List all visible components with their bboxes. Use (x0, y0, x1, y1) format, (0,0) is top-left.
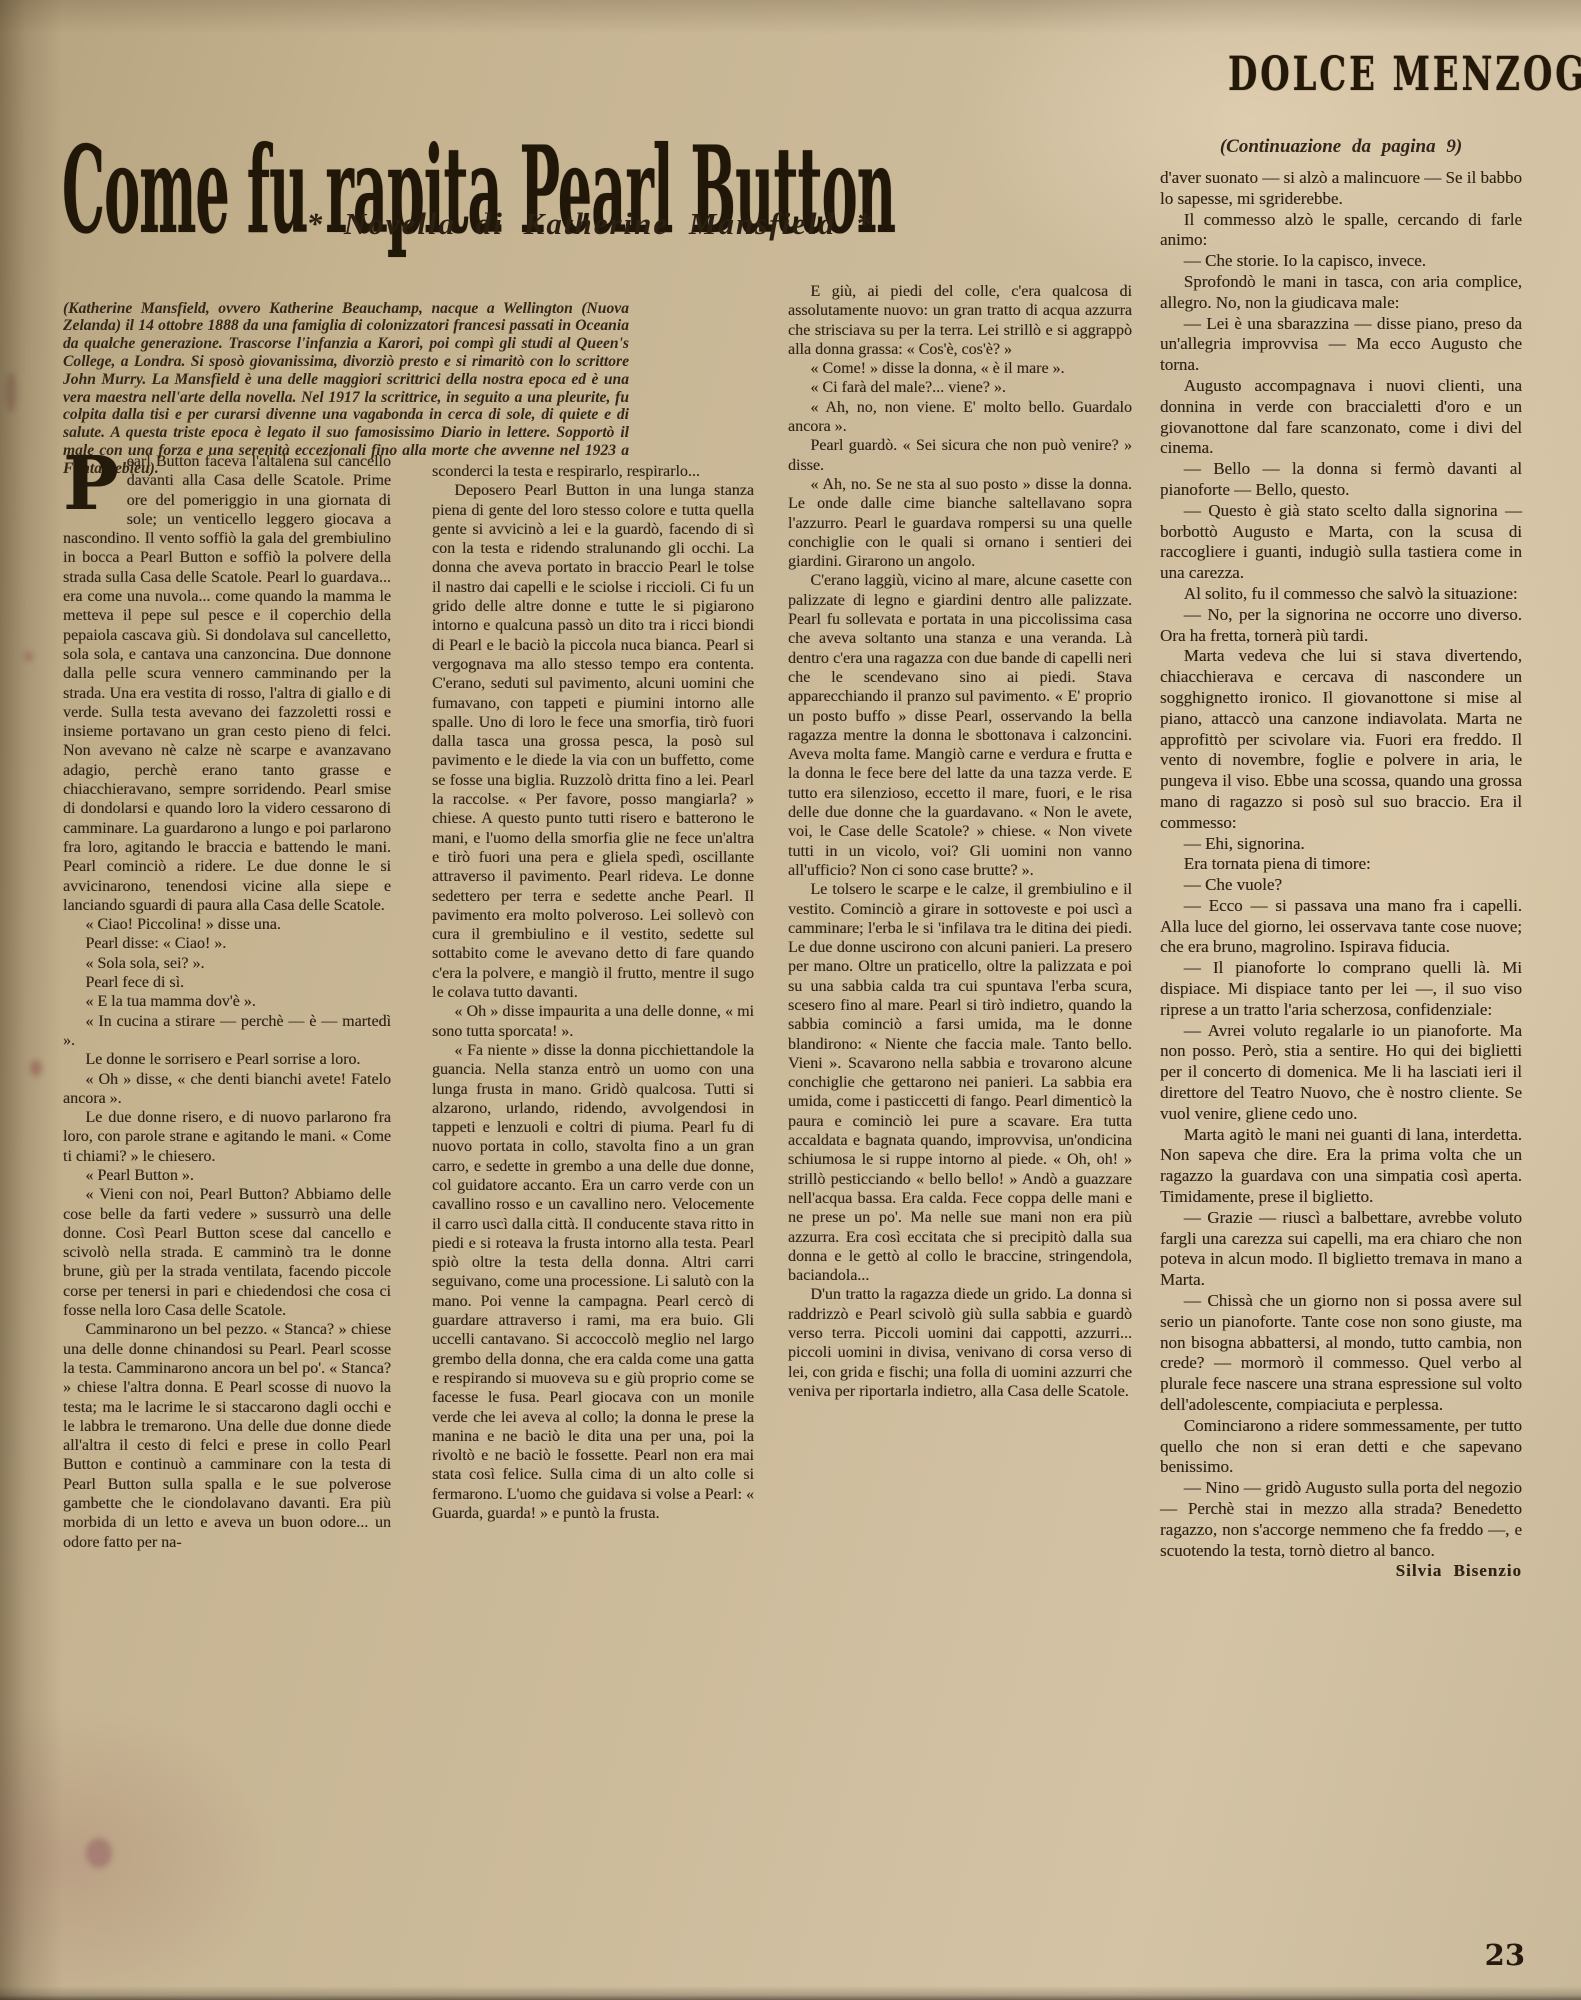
paragraph: Marta agitò le mani nei guanti di lana, … (1160, 1125, 1522, 1208)
paragraph: — Nino — gridò Augusto sulla porta del n… (1160, 1478, 1522, 1561)
sidebar-column: d'aver suonato — si alzò a malincuore — … (1160, 168, 1522, 1582)
first-paragraph: Pearl Button faceva l'altalena sul cance… (63, 452, 391, 915)
author-intro-note: (Katherine Mansfield, ovvero Katherine B… (63, 300, 629, 478)
story-column-2: sconderci la testa e respirarlo, respira… (432, 462, 754, 1523)
paragraph: sconderci la testa e respirarlo, respira… (432, 462, 754, 481)
paragraph: Deposero Pearl Button in una lunga stanz… (432, 481, 754, 1002)
paragraph: — Ecco — si passava una mano fra i capel… (1160, 896, 1522, 958)
paragraph: Al solito, fu il commesso che salvò la s… (1160, 584, 1522, 605)
paragraph: Pearl disse: « Ciao! ». (63, 934, 391, 953)
story-subtitle: * Novella di Katherine Mansfield * (200, 206, 980, 242)
paragraph: Pearl fece di sì. (63, 973, 391, 992)
sidebar-title: DOLCE MENZOGNA (1228, 50, 1581, 100)
paragraph: « In cucina a stirare — perchè — è — mar… (63, 1012, 391, 1051)
paragraph-list: « Ciao! Piccolina! » disse una.Pearl dis… (63, 915, 391, 1552)
paragraph-list: E giù, ai piedi del colle, c'era qualcos… (788, 282, 1132, 1401)
paragraph: « Ah, no, non viene. E' molto bello. Gua… (788, 398, 1132, 437)
paragraph: « Oh » disse impaurita a una delle donne… (432, 1002, 754, 1041)
paragraph: « Oh » disse, « che denti bianchi avete!… (63, 1070, 391, 1109)
paragraph-list: d'aver suonato — si alzò a malincuore — … (1160, 168, 1522, 1561)
author-signature: Silvia Bisenzio (1160, 1561, 1522, 1582)
paragraph: Le tolsero le scarpe e le calze, il grem… (788, 880, 1132, 1285)
paragraph: Pearl guardò. « Sei sicura che non può v… (788, 436, 1132, 475)
paragraph: « E la tua mamma dov'è ». (63, 992, 391, 1011)
paragraph: Le donne le sorrisero e Pearl sorrise a … (63, 1050, 391, 1069)
magazine-page: Come fu rapita Pearl Button * Novella di… (0, 0, 1581, 2000)
paragraph: — Avrei voluto regalarle io un pianofort… (1160, 1021, 1522, 1125)
paragraph: « Pearl Button ». (63, 1166, 391, 1185)
paragraph: Sprofondò le mani in tasca, con aria com… (1160, 272, 1522, 314)
paragraph: — Che storie. Io la capisco, invece. (1160, 251, 1522, 272)
paragraph: Cominciarono a ridere sommessamente, per… (1160, 1416, 1522, 1478)
paragraph: Il commesso alzò le spalle, cercando di … (1160, 210, 1522, 252)
paragraph: « Come! » disse la donna, « è il mare ». (788, 359, 1132, 378)
story-column-1: Pearl Button faceva l'altalena sul cance… (63, 452, 391, 1552)
story-column-3: E giù, ai piedi del colle, c'era qualcos… (788, 282, 1132, 1401)
paragraph: — No, per la signorina ne occorre uno di… (1160, 605, 1522, 647)
paragraph: — Grazie — riuscì a balbettare, avrebbe … (1160, 1208, 1522, 1291)
ink-stain (30, 1060, 42, 1076)
drop-cap: P (63, 452, 127, 512)
paragraph: « Fa niente » disse la donna picchiettan… (432, 1041, 754, 1523)
paragraph: Marta vedeva che lui si stava divertendo… (1160, 646, 1522, 833)
page-number: 23 (1485, 1938, 1525, 1972)
paragraph: — Questo è già stato scelto dalla signor… (1160, 501, 1522, 584)
paragraph: Era tornata piena di timore: (1160, 854, 1522, 875)
paragraph: Le due donne risero, e di nuovo parlaron… (63, 1108, 391, 1166)
paragraph: — Bello — la donna si fermò davanti al p… (1160, 459, 1522, 501)
paragraph: Camminarono un bel pezzo. « Stanca? » ch… (63, 1320, 391, 1552)
ink-stain (86, 1838, 112, 1868)
sidebar-header: DOLCE MENZOGNA (1146, 50, 1536, 100)
paragraph: « Ciao! Piccolina! » disse una. (63, 915, 391, 934)
paragraph: « Ci farà del male?... viene? ». (788, 378, 1132, 397)
paragraph: — Ehi, signorina. (1160, 834, 1522, 855)
paragraph: « Vieni con noi, Pearl Button? Abbiamo d… (63, 1185, 391, 1320)
continuation-note: (Continuazione da pagina 9) (1160, 136, 1522, 158)
paragraph: « Ah, no. Se ne sta al suo posto » disse… (788, 475, 1132, 571)
paragraph: — Lei è una sbarazzina — disse piano, pr… (1160, 314, 1522, 376)
paragraph: Augusto accompagnava i nuovi clienti, un… (1160, 376, 1522, 459)
ink-stain (6, 372, 16, 412)
paragraph: D'un tratto la ragazza diede un grido. L… (788, 1285, 1132, 1401)
paragraph: E giù, ai piedi del colle, c'era qualcos… (788, 282, 1132, 359)
paragraph: « Sola sola, sei? ». (63, 954, 391, 973)
paragraph: d'aver suonato — si alzò a malincuore — … (1160, 168, 1522, 210)
paragraph: — Che vuole? (1160, 875, 1522, 896)
paragraph-list: sconderci la testa e respirarlo, respira… (432, 462, 754, 1523)
paragraph: C'erano laggiù, vicino al mare, alcune c… (788, 571, 1132, 880)
paragraph: — Il pianoforte lo comprano quelli là. M… (1160, 958, 1522, 1020)
paragraph: — Chissà che un giorno non si possa aver… (1160, 1291, 1522, 1416)
ink-stain (24, 652, 33, 661)
